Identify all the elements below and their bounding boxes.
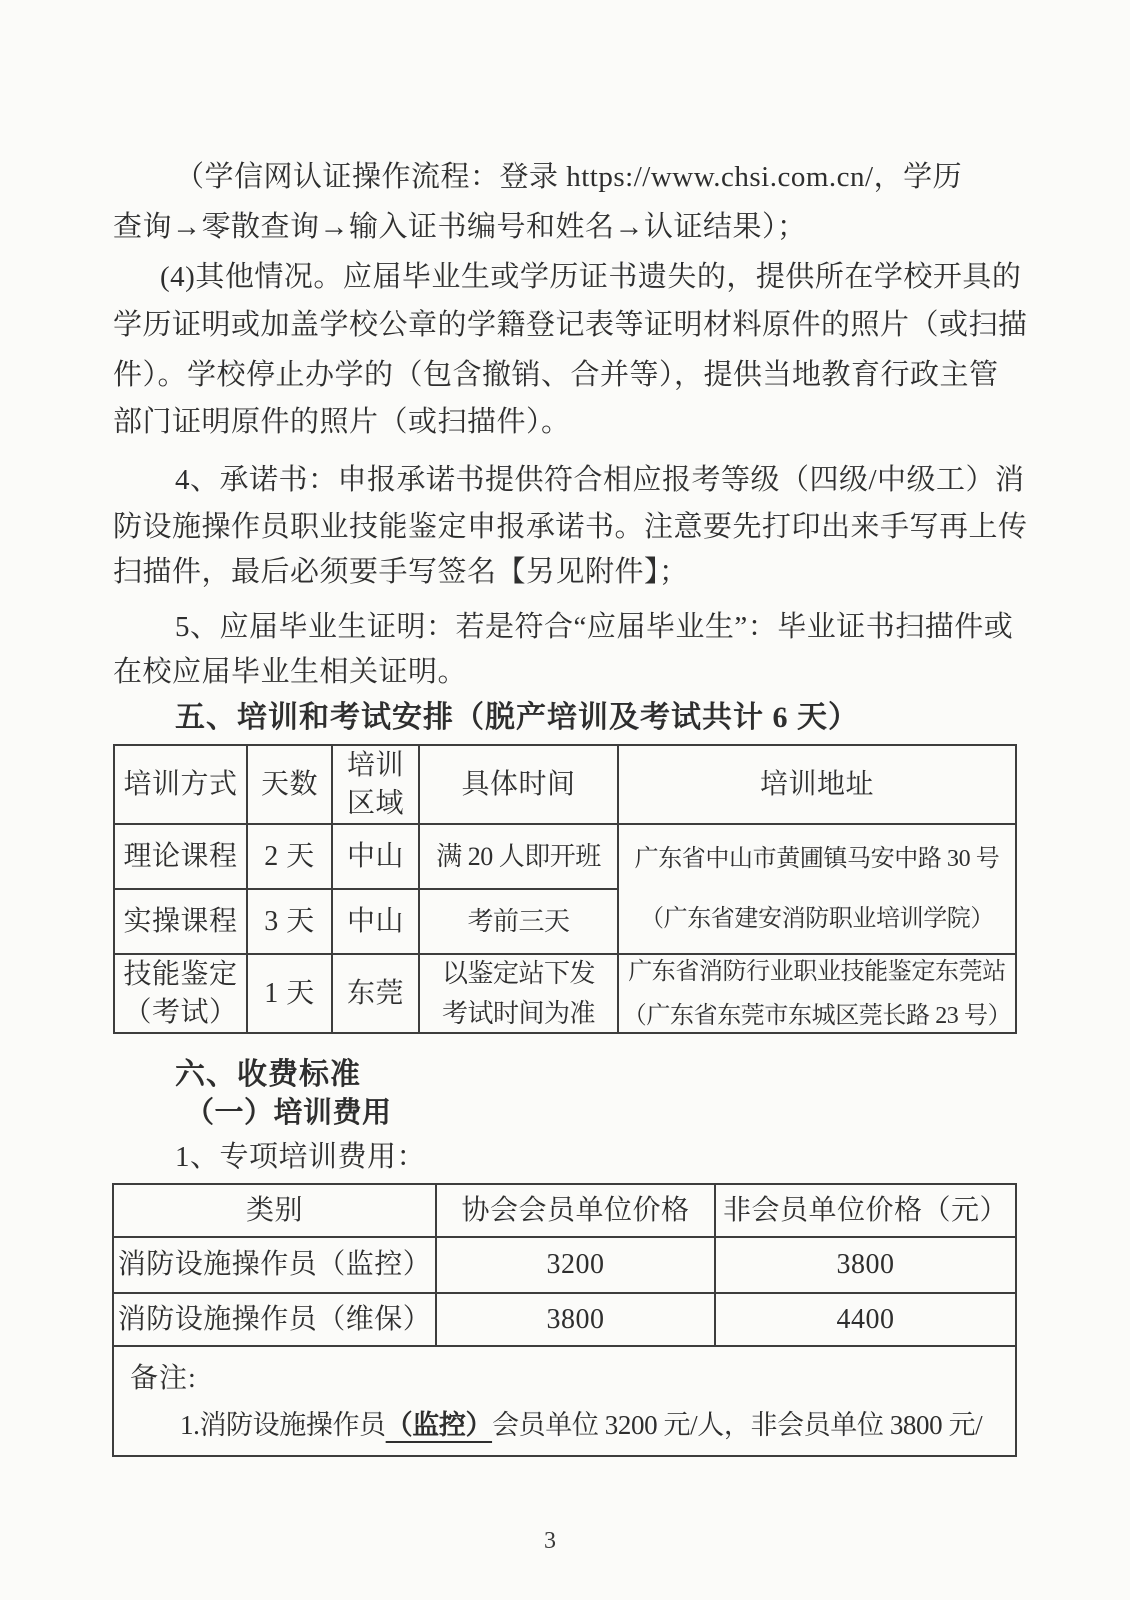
- paragraph-line: 4、承诺书：申报承诺书提供符合相应报考等级（四级/中级工）消: [113, 455, 1087, 505]
- paragraph-line: 在校应届毕业生相关证明。: [113, 647, 1025, 697]
- paragraph-line: 防设施操作员职业技能鉴定申报承诺书。注意要先打印出来手写再上传: [113, 502, 1025, 552]
- paragraph-line: (4)其他情况。应届毕业生或学历证书遗失的，提供所在学校开具的: [113, 252, 1072, 302]
- time-line: 以鉴定站下发: [442, 955, 595, 994]
- table1-cell-days: 1 天: [248, 955, 333, 1032]
- paragraph-line: （学信网认证操作流程：登录 https://www.chsi.com.cn/，学…: [113, 152, 1087, 202]
- table1-header-time: 具体时间: [420, 746, 619, 825]
- paragraph-line: 5、应届毕业生证明：若是符合“应届毕业生”：毕业证书扫描件或: [113, 602, 1087, 652]
- address-line: 广东省消防行业职业技能鉴定东莞站: [628, 955, 1006, 994]
- table2-header-non-member: 非会员单位价格（元）: [716, 1185, 1015, 1238]
- paragraph-line: 件）。学校停止办学的（包含撤销、合并等），提供当地教育行政主管: [113, 350, 1025, 400]
- table1-cell-time: 考前三天: [420, 890, 619, 955]
- note-text: 1.消防设施操作员: [180, 1410, 386, 1440]
- notes-label: 备注:: [130, 1357, 999, 1401]
- table1-header-mode: 培训方式: [115, 746, 248, 825]
- table2-cell-category: 消防设施操作员（维保）: [114, 1294, 437, 1347]
- table1-cell-region: 东莞: [333, 955, 420, 1032]
- table2-header-member: 协会会员单位价格: [437, 1185, 716, 1238]
- table1-cell-region: 中山: [333, 890, 420, 955]
- table1-header-address: 培训地址: [619, 746, 1015, 825]
- note-emphasis: （监控）: [386, 1410, 492, 1440]
- table1-header-days: 天数: [248, 746, 333, 825]
- address-line: 广东省中山市黄圃镇马安中路 30 号: [635, 829, 1000, 889]
- table2-cell-category: 消防设施操作员（监控）: [114, 1238, 437, 1294]
- paragraph-line: 扫描件，最后必须要手写签名【另见附件】；: [113, 547, 1025, 597]
- table1-cell-address-dongguan: 广东省消防行业职业技能鉴定东莞站 （广东省东莞市东城区莞长路 23 号）: [619, 955, 1015, 1032]
- training-schedule-table: 培训方式 天数 培训区域 具体时间 培训地址 理论课程 2 天 中山 满 20 …: [113, 744, 1017, 1034]
- table1-cell-time: 满 20 人即开班: [420, 825, 619, 890]
- table1-cell-days: 3 天: [248, 890, 333, 955]
- table1-cell-mode: 技能鉴定 （考试）: [115, 955, 248, 1032]
- table1-cell-mode: 理论课程: [115, 825, 248, 890]
- list-item-heading: 1、专项培训费用：: [113, 1132, 1087, 1182]
- table2-cell-price: 4400: [716, 1294, 1015, 1347]
- table1-cell-address-zhongshan: 广东省中山市黄圃镇马安中路 30 号 （广东省建安消防职业培训学院）: [619, 825, 1015, 955]
- section-heading-5: 五、培训和考试安排（脱产培训及考试共计 6 天）: [113, 693, 1087, 743]
- paragraph-line: 查询→零散查询→输入证书编号和姓名→认证结果）；: [113, 202, 1025, 252]
- table1-cell-mode: 实操课程: [115, 890, 248, 955]
- fee-table: 类别 协会会员单位价格 非会员单位价格（元） 消防设施操作员（监控） 3200 …: [112, 1183, 1017, 1457]
- table1-header-region: 培训区域: [333, 746, 420, 825]
- time-line: 考试时间为准: [442, 994, 595, 1033]
- table2-cell-price: 3800: [716, 1238, 1015, 1294]
- note-text: 会员单位 3200 元/人，非会员单位 3800 元/: [492, 1410, 982, 1440]
- paragraph-line: 部门证明原件的照片（或扫描件）。: [113, 397, 1025, 447]
- paragraph-line: 学历证明或加盖学校公章的学籍登记表等证明材料原件的照片（或扫描: [113, 300, 1025, 350]
- address-line: （广东省建安消防职业培训学院）: [640, 889, 994, 949]
- table2-cell-price: 3200: [437, 1238, 716, 1294]
- subsection-heading: （一）培训费用: [113, 1088, 1097, 1138]
- note-line-1: 1.消防设施操作员（监控）会员单位 3200 元/人，非会员单位 3800 元/: [130, 1403, 999, 1447]
- mode-line: 技能鉴定: [123, 956, 237, 994]
- table1-cell-region: 中山: [333, 825, 420, 890]
- document-page: （学信网认证操作流程：登录 https://www.chsi.com.cn/，学…: [0, 0, 1130, 1600]
- mode-line: （考试）: [123, 994, 237, 1032]
- table2-cell-price: 3800: [437, 1294, 716, 1347]
- page-number: 3: [0, 1528, 1100, 1568]
- table1-cell-time: 以鉴定站下发 考试时间为准: [420, 955, 619, 1032]
- address-line: （广东省东莞市东城区莞长路 23 号）: [623, 994, 1011, 1033]
- table2-header-category: 类别: [114, 1185, 437, 1238]
- table1-cell-days: 2 天: [248, 825, 333, 890]
- notes-box: 备注: 1.消防设施操作员（监控）会员单位 3200 元/人，非会员单位 380…: [114, 1347, 1015, 1455]
